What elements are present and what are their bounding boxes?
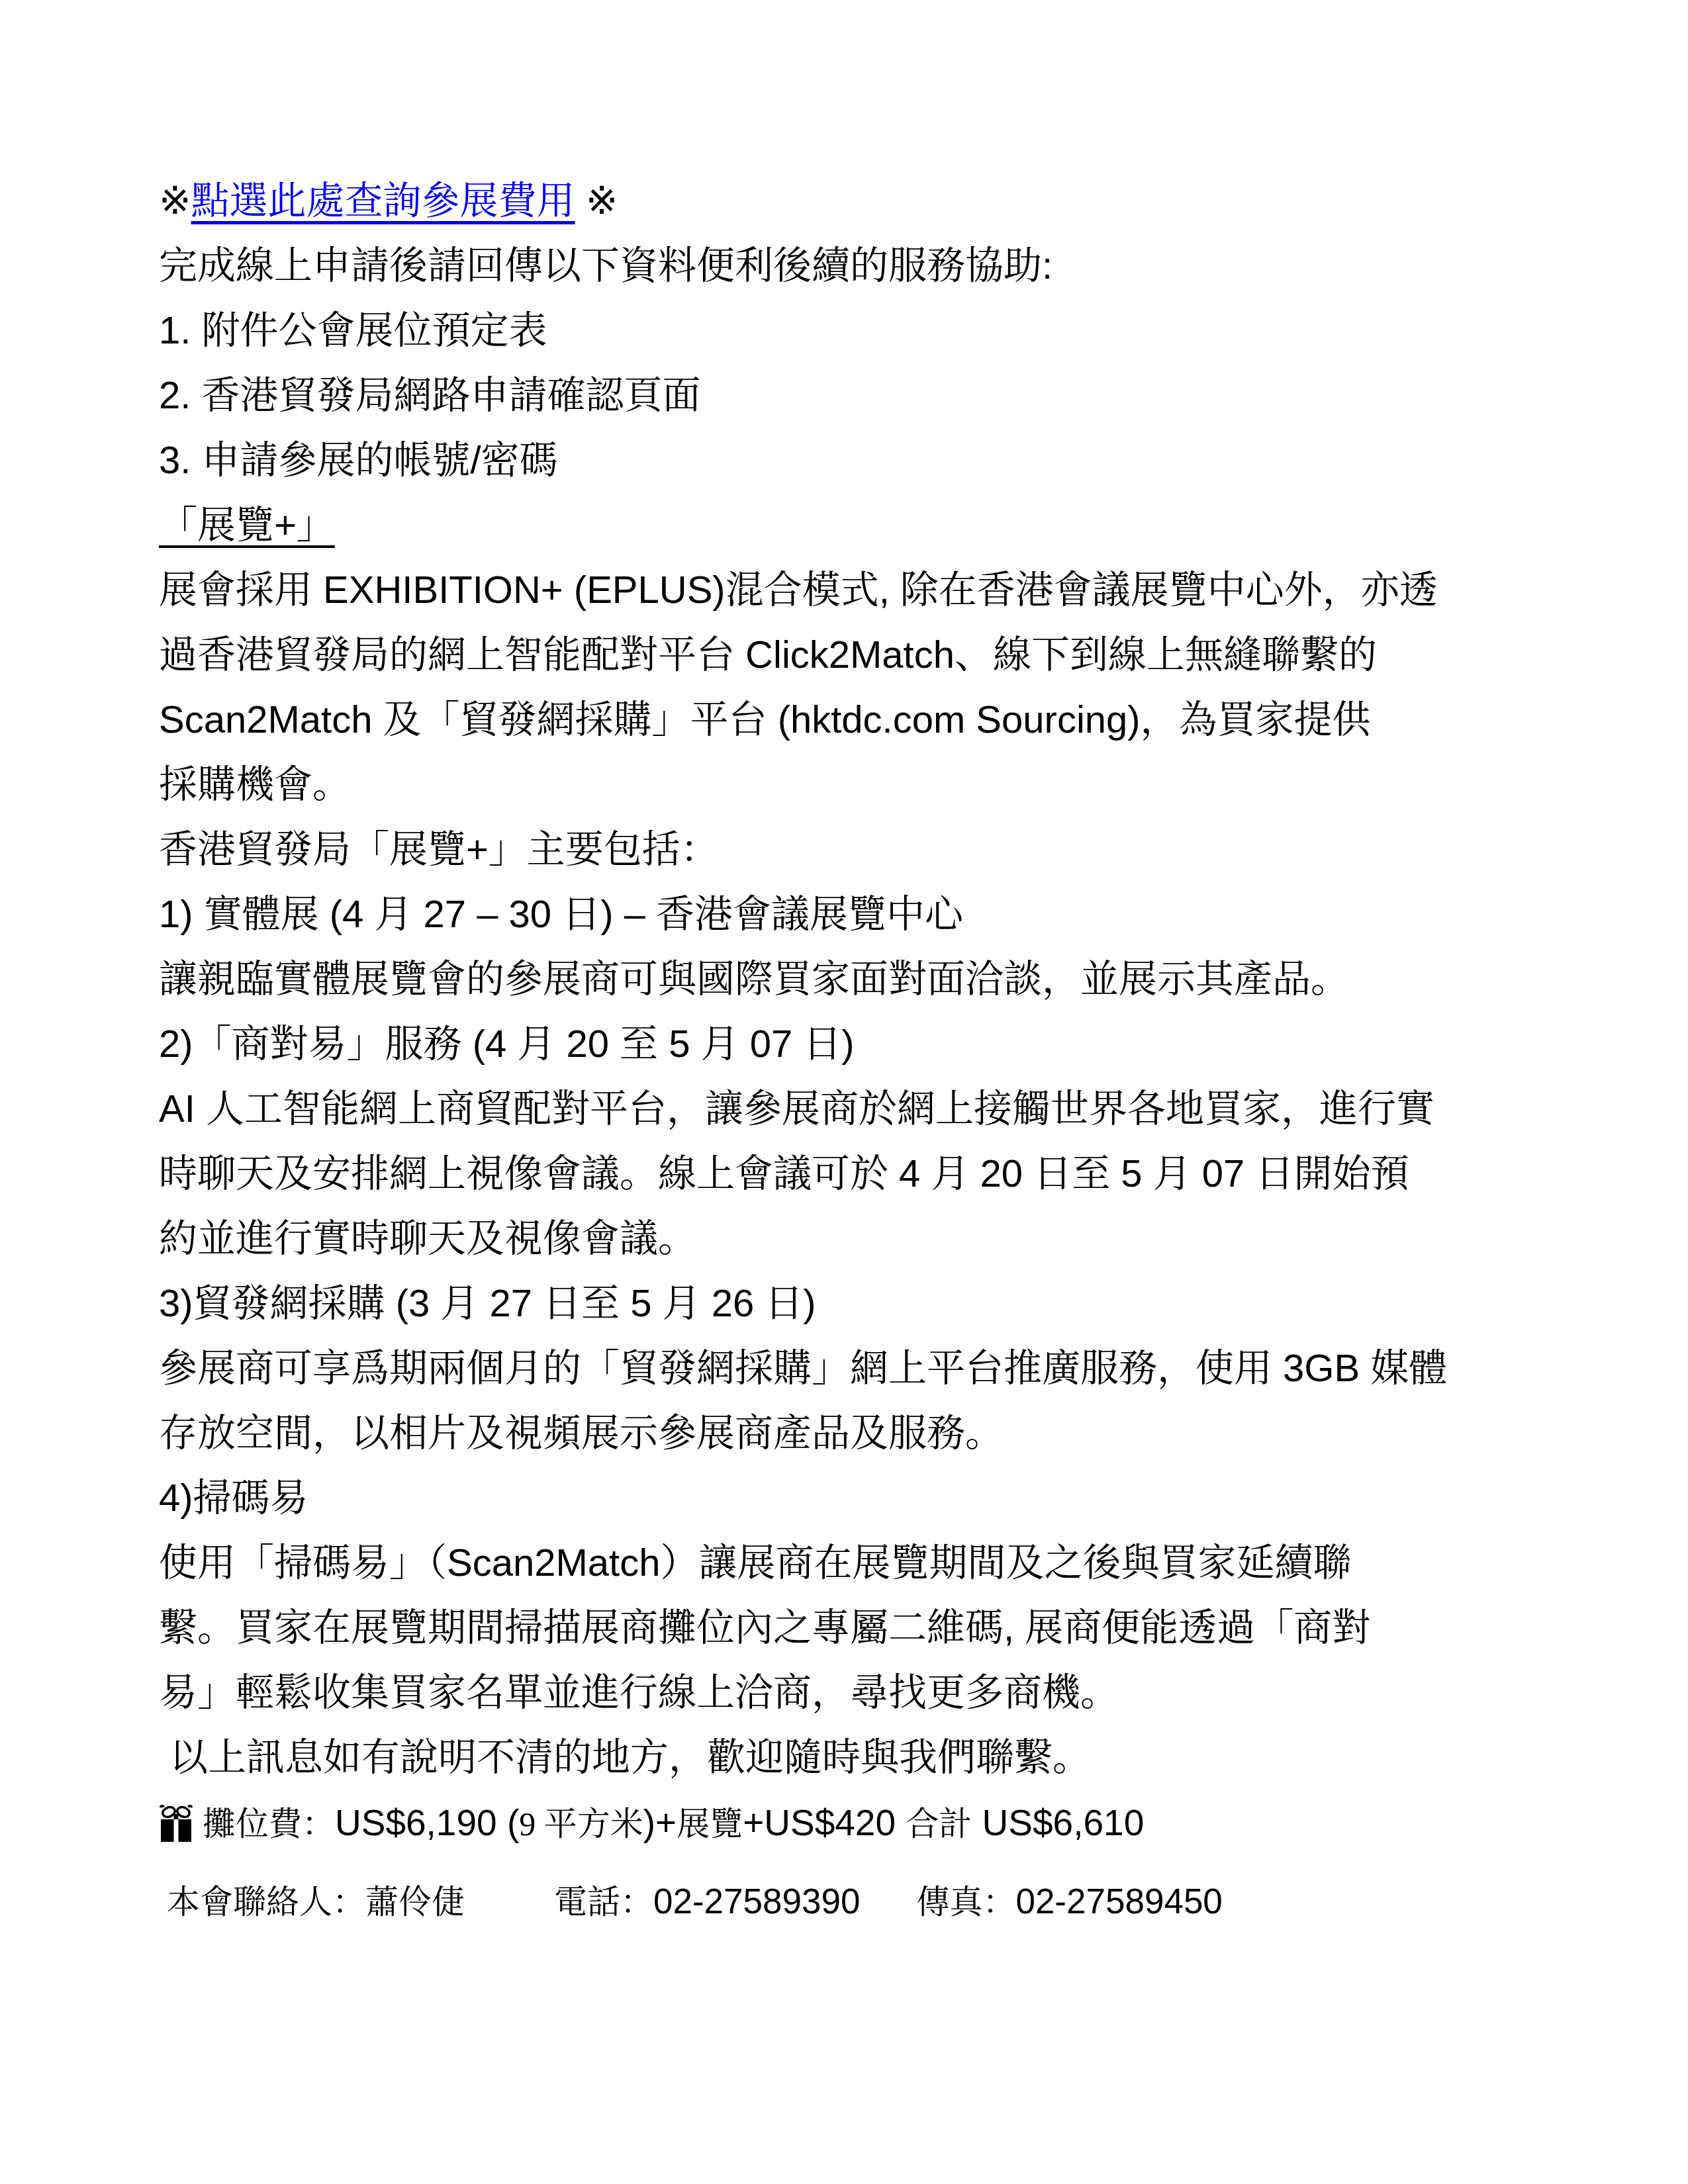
fee-inquiry-link[interactable]: 點選此處查詢參展費用 bbox=[191, 179, 575, 222]
text-line: 採購機會。 bbox=[159, 752, 1602, 817]
text-line: 使用「掃碼易」（Scan2Match）讓展商在展覽期間及之後與買家延續聯 bbox=[159, 1531, 1602, 1596]
contact-fax: 傳真：02-27589450 bbox=[916, 1884, 1222, 1921]
body-text: 完成線上申請後請回傳以下資料便利後續的服務協助:1. 附件公會展位預定表2. 香… bbox=[159, 234, 1602, 1790]
fee-segment: US$6,190 ( bbox=[335, 1802, 519, 1843]
document-content: ※點選此處查詢參展費用 ※ 完成線上申請後請回傳以下資料便利後續的服務協助:1.… bbox=[159, 169, 1602, 1934]
contact-person-label: 本會聯絡人： bbox=[167, 1884, 365, 1921]
fax-number: 02-27589450 bbox=[1015, 1882, 1222, 1921]
text-line: 香港貿發局「展覽+」主要包括： bbox=[159, 817, 1602, 882]
text-line: 過香港貿發局的網上智能配對平台 Click2Match、線下到線上無縫聯繫的 bbox=[159, 623, 1602, 688]
fee-segment: US$6,610 bbox=[972, 1802, 1144, 1843]
contact-person: 本會聯絡人：蕭伶倢 bbox=[167, 1884, 465, 1921]
section-heading: 「展覽+」 bbox=[159, 493, 1602, 558]
reference-mark-left: ※ bbox=[159, 179, 191, 222]
contact-person-name: 蕭伶倢 bbox=[365, 1884, 465, 1921]
text-line: 展會採用 EXHIBITION+ (EPLUS)混合模式, 除在香港會議展覽中心… bbox=[159, 558, 1602, 623]
text-line: Scan2Match 及「貿發網採購」平台 (hktdc.com Sourcin… bbox=[159, 688, 1602, 752]
text-line: 2)「商對易」服務 (4 月 20 至 5 月 07 日) bbox=[159, 1012, 1602, 1077]
contact-line: 本會聯絡人：蕭伶倢電話：02-27589390傳真：02-27589450 bbox=[159, 1870, 1602, 1934]
fee-link-line: ※點選此處查詢參展費用 ※ bbox=[159, 169, 1602, 234]
fax-label: 傳真： bbox=[916, 1884, 1015, 1921]
text-line: 1) 實體展 (4 月 27 – 30 日) – 香港會議展覽中心 bbox=[159, 882, 1602, 947]
booth-fee-text: 攤位費：US$6,190 (9 平方米)+展覽+US$420 合計 US$6,6… bbox=[203, 1801, 1144, 1844]
text-line: 以上訊息如有說明不清的地方，歡迎隨時與我們聯繫。 bbox=[159, 1725, 1602, 1790]
fee-segment: 9 平方米 bbox=[519, 1805, 643, 1843]
text-line: 完成線上申請後請回傳以下資料便利後續的服務協助: bbox=[159, 234, 1602, 298]
booth-fee-line: 攤位費：US$6,190 (9 平方米)+展覽+US$420 合計 US$6,6… bbox=[159, 1790, 1602, 1856]
text-line: 時聊天及安排網上視像會議。線上會議可於 4 月 20 日至 5 月 07 日開始… bbox=[159, 1142, 1602, 1206]
text-line: 3. 申請參展的帳號/密碼 bbox=[159, 428, 1602, 493]
document-page: ※點選此處查詢參展費用 ※ 完成線上申請後請回傳以下資料便利後續的服務協助:1.… bbox=[0, 0, 1688, 2184]
phone-label: 電話： bbox=[554, 1884, 653, 1921]
gift-icon bbox=[159, 1798, 193, 1838]
text-line: AI 人工智能網上商貿配對平台，讓參展商於網上接觸世界各地買家，進行實 bbox=[159, 1077, 1602, 1142]
fee-segment: )+ bbox=[643, 1802, 677, 1843]
fee-segment: 展覽 bbox=[677, 1805, 743, 1843]
contact-phone: 電話：02-27589390 bbox=[554, 1884, 860, 1921]
fee-segment: 合計 bbox=[906, 1805, 972, 1843]
text-line: 2. 香港貿發局網路申請確認頁面 bbox=[159, 363, 1602, 428]
fee-segment: 攤位費： bbox=[203, 1805, 335, 1843]
text-line: 參展商可享爲期兩個月的「貿發網採購」網上平台推廣服務，使用 3GB 媒體 bbox=[159, 1336, 1602, 1401]
text-line: 約並進行實時聊天及視像會議。 bbox=[159, 1206, 1602, 1271]
text-line: 讓親臨實體展覽會的參展商可與國際買家面對面洽談，並展示其產品。 bbox=[159, 947, 1602, 1012]
text-line: 易」輕鬆收集買家名單並進行線上洽商，尋找更多商機。 bbox=[159, 1661, 1602, 1725]
text-line: 3)貿發網採購 (3 月 27 日至 5 月 26 日) bbox=[159, 1271, 1602, 1336]
text-line: 1. 附件公會展位預定表 bbox=[159, 298, 1602, 363]
reference-mark-right: ※ bbox=[575, 179, 618, 222]
fee-segment: +US$420 bbox=[743, 1802, 906, 1843]
text-line: 4)掃碼易 bbox=[159, 1466, 1602, 1531]
phone-number: 02-27589390 bbox=[653, 1882, 860, 1921]
text-line: 存放空間，以相片及視頻展示參展商產品及服務。 bbox=[159, 1401, 1602, 1466]
text-line: 繫。買家在展覽期間掃描展商攤位內之專屬二維碼, 展商便能透過「商對 bbox=[159, 1596, 1602, 1661]
